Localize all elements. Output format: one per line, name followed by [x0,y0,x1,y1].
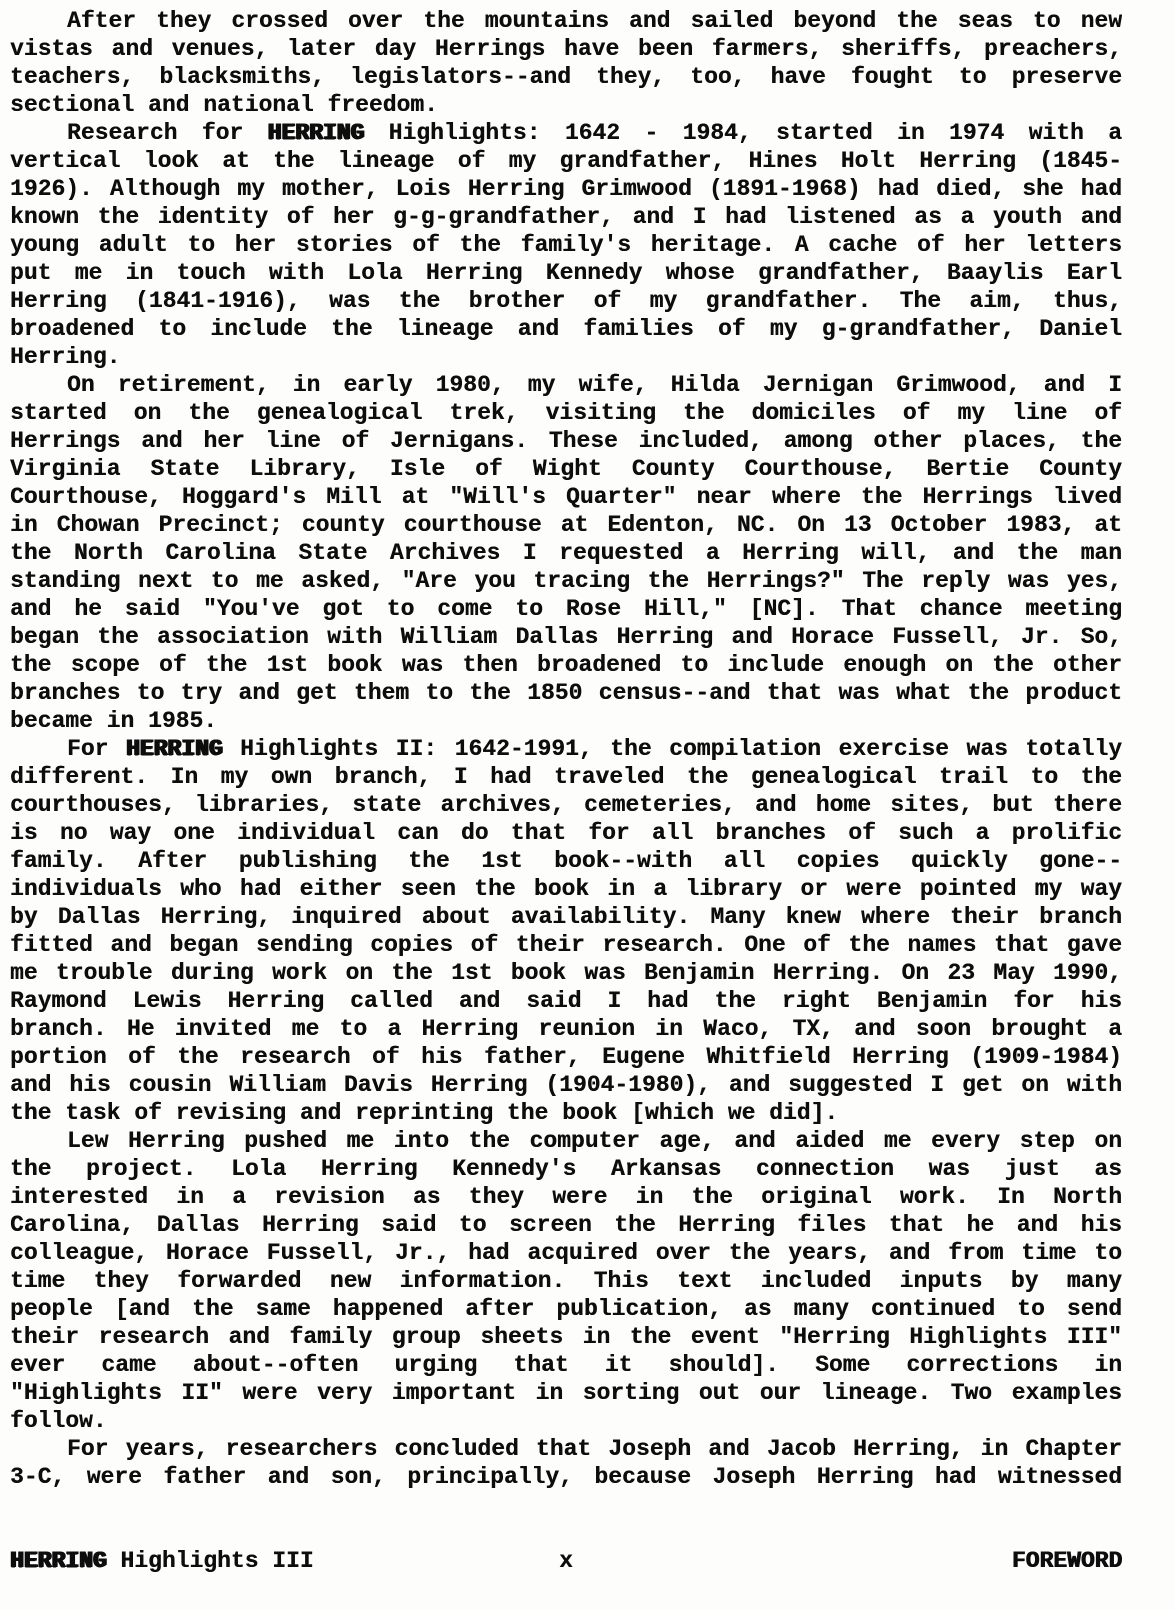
paragraph: Research for HERRING Highlights: 1642 - … [10,119,1122,371]
text-line: put me in touch with Lola Herring Kenned… [10,259,1122,287]
text-line: teachers, blacksmiths, legislators--and … [10,63,1122,91]
paragraph: On retirement, in early 1980, my wife, H… [10,371,1122,735]
text-line: the North Carolina State Archives I requ… [10,539,1122,567]
text-line: became in 1985. [10,707,1122,735]
text-line: time they forwarded new information. Thi… [10,1267,1122,1295]
text-line: Herring (1841-1916), was the brother of … [10,287,1122,315]
text-line: their research and family group sheets i… [10,1323,1122,1351]
text-line: different. In my own branch, I had trave… [10,763,1122,791]
overstruck-text: HERRING [126,736,223,762]
text-line: courthouses, libraries, state archives, … [10,791,1122,819]
text-line: On retirement, in early 1980, my wife, H… [10,371,1122,399]
text-line: follow. [10,1407,1122,1435]
text-line: Lew Herring pushed me into the computer … [10,1127,1122,1155]
text-line: For HERRING Highlights II: 1642-1991, th… [10,735,1122,763]
overstruck-text: HERRING [10,1548,107,1574]
text-line: by Dallas Herring, inquired about availa… [10,903,1122,931]
text-line: interested in a revision as they were in… [10,1183,1122,1211]
overstruck-text: HERRING [268,120,365,146]
text-line: started on the genealogical trek, visiti… [10,399,1122,427]
text-line: Raymond Lewis Herring called and said I … [10,987,1122,1015]
text-line: fitted and began sending copies of their… [10,931,1122,959]
text-line: individuals who had either seen the book… [10,875,1122,903]
text-line: people [and the same happened after publ… [10,1295,1122,1323]
text-line: 1926). Although my mother, Lois Herring … [10,175,1122,203]
footer-book-title: HERRING Highlights III [10,1547,381,1575]
text-line: Courthouse, Hoggard's Mill at "Will's Qu… [10,483,1122,511]
text-line: portion of the research of his father, E… [10,1043,1122,1071]
paragraph: For HERRING Highlights II: 1642-1991, th… [10,735,1122,1127]
text-line: the task of revising and reprinting the … [10,1099,1122,1127]
text-line: and he said "You've got to come to Rose … [10,595,1122,623]
text-line: "Highlights II" were very important in s… [10,1379,1122,1407]
text-line: broadened to include the lineage and fam… [10,315,1122,343]
text-line: began the association with William Dalla… [10,623,1122,651]
text-line: in Chowan Precinct; county courthouse at… [10,511,1122,539]
text-line: is no way one individual can do that for… [10,819,1122,847]
paragraph: Lew Herring pushed me into the computer … [10,1127,1122,1435]
text-line: family. After publishing the 1st book--w… [10,847,1122,875]
text-line: branches to try and get them to the 1850… [10,679,1122,707]
text-line: the project. Lola Herring Kennedy's Arka… [10,1155,1122,1183]
text-line: vistas and venues, later day Herrings ha… [10,35,1122,63]
text-line: Virginia State Library, Isle of Wight Co… [10,455,1122,483]
footer-section-label: FOREWORD [751,1547,1122,1575]
document-page: After they crossed over the mountains an… [0,0,1174,1610]
document-body: After they crossed over the mountains an… [10,7,1122,1491]
text-line: Research for HERRING Highlights: 1642 - … [10,119,1122,147]
page-footer: HERRING Highlights III x FOREWORD [10,1547,1122,1575]
text-line: colleague, Horace Fussell, Jr., had acqu… [10,1239,1122,1267]
text-line: and his cousin William Davis Herring (19… [10,1071,1122,1099]
text-line: After they crossed over the mountains an… [10,7,1122,35]
text-line: ever came about--often urging that it sh… [10,1351,1122,1379]
text-line: known the identity of her g-g-grandfathe… [10,203,1122,231]
text-line: the scope of the 1st book was then broad… [10,651,1122,679]
text-line: standing next to me asked, "Are you trac… [10,567,1122,595]
text-line: branch. He invited me to a Herring reuni… [10,1015,1122,1043]
text-line: Herring. [10,343,1122,371]
text-line: vertical look at the lineage of my grand… [10,147,1122,175]
text-line: 3-C, were father and son, principally, b… [10,1463,1122,1491]
footer-page-number: x [381,1547,752,1575]
text-line: For years, researchers concluded that Jo… [10,1435,1122,1463]
text-line: Herrings and her line of Jernigans. Thes… [10,427,1122,455]
paragraph: For years, researchers concluded that Jo… [10,1435,1122,1491]
text-line: sectional and national freedom. [10,91,1122,119]
text-line: young adult to her stories of the family… [10,231,1122,259]
text-line: Carolina, Dallas Herring said to screen … [10,1211,1122,1239]
text-line: me trouble during work on the 1st book w… [10,959,1122,987]
paragraph: After they crossed over the mountains an… [10,7,1122,119]
